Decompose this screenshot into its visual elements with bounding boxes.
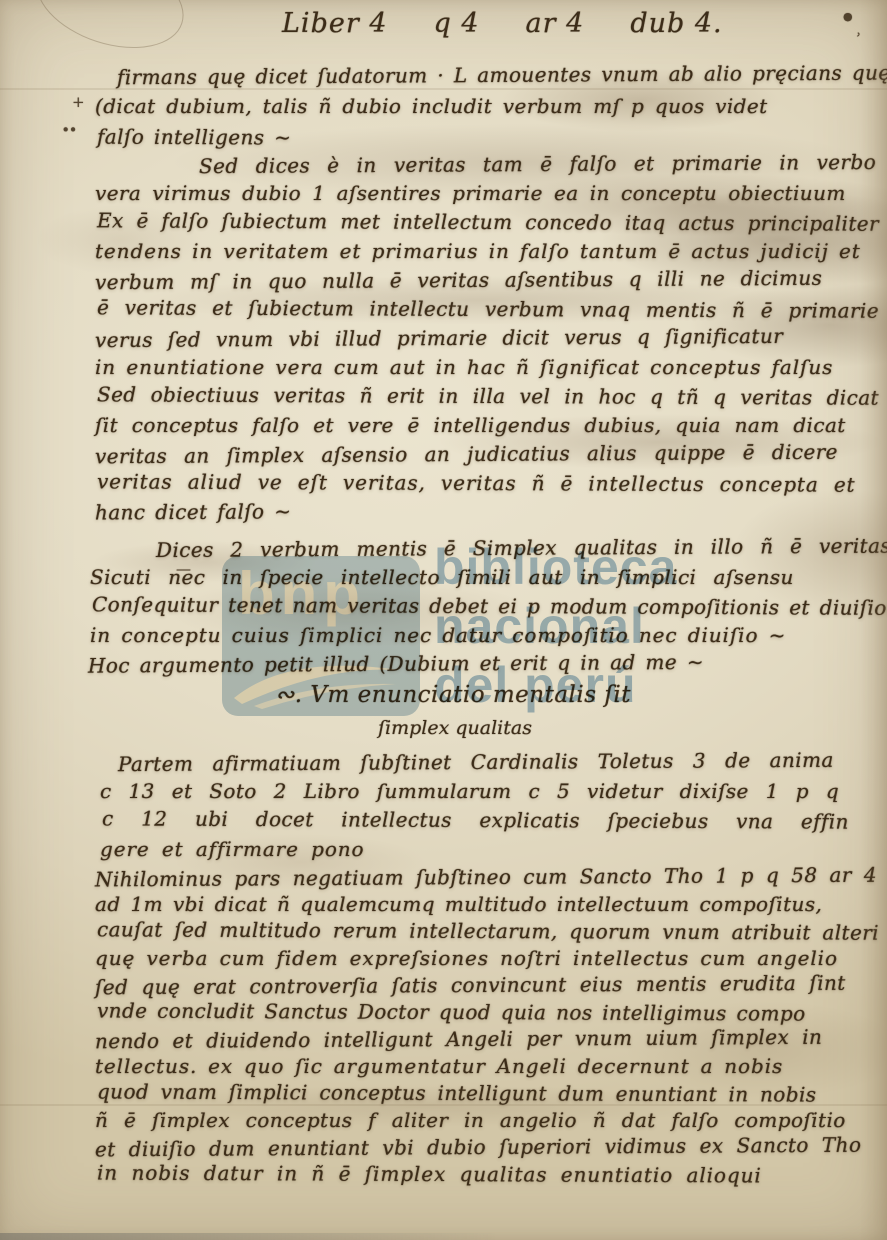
manuscript-line: Sicuti nec in ſpecie intellecto ſimili a… — [90, 563, 794, 592]
manuscript-line: quod vnam ſimplici conceptus intelligunt… — [97, 1078, 817, 1108]
manuscript-line: Ex ē falſo ſubiectum met intellectum con… — [97, 206, 879, 238]
center-heading-line1: ∾. Vm enunciatio mentalis ſit — [238, 682, 668, 708]
manuscript-line: veritas an ſimplex aſsensio an judicatiu… — [95, 438, 838, 472]
paragraph-p2: Sed dices è in veritas tam ē falſo et pr… — [95, 150, 877, 527]
manuscript-line: c 13 et Soto 2 Libro ſummularum c 5 vide… — [100, 777, 839, 806]
manuscript-page: Liber 4q 4ar 4dub 4. firmans quę dicet ſ… — [0, 0, 887, 1240]
manuscript-line: nendo et diuidendo intelligunt Angeli pe… — [95, 1024, 822, 1055]
heading-part: q 4 — [434, 8, 480, 39]
manuscript-line: (dicat dubium, talis ñ dubio includit ve… — [95, 91, 768, 122]
manuscript-line: verus ſed vnum vbi illud primarie dicit … — [95, 322, 783, 355]
manuscript-line: in enuntiatione vera cum aut in hac ñ ſi… — [95, 353, 830, 382]
manuscript-line: Dices 2 verbum mentis ē Simplex qualitas… — [90, 532, 887, 566]
manuscript-line: in nobis datur in ñ ē ſimplex qualitas e… — [97, 1160, 762, 1190]
manuscript-line: et diuiſio dum enuntiant vbi dubio ſuper… — [95, 1132, 862, 1164]
manuscript-line: ñ ē ſimplex conceptus f aliter in angeli… — [95, 1107, 846, 1134]
manuscript-line: in conceptu cuius ſimplici nec datur com… — [90, 621, 716, 650]
paragraph-hoc: Hoc argumento petit illud (Dubium et eri… — [88, 649, 870, 679]
manuscript-line: Conſequitur tenet nam veritas debet ei p… — [92, 590, 874, 622]
paragraph-p5: Nihilominus pars negatiuam ſubſtineo cum… — [95, 864, 877, 1188]
manuscript-line: cauſat ſed multitudo rerum intellectarum… — [97, 916, 879, 946]
manuscript-line: verbum mſ in quo nulla ē veritas aſsenti… — [95, 264, 822, 297]
manuscript-line: hanc dicet falſo ~ — [95, 497, 259, 527]
paragraph-p4: Partem afirmatiuam ſubſtinet Cardinalis … — [100, 748, 878, 864]
ink-mark: ˒ — [856, 26, 861, 44]
manuscript-line: firmans quę dicet ſudatorum · L amouente… — [95, 58, 876, 94]
manuscript-line: veritas aliud ve eſt veritas, veritas ñ … — [97, 467, 856, 499]
manuscript-line: Hoc argumento petit illud (Dubium et eri… — [88, 647, 620, 680]
manuscript-line: c 12 ubi docet intellectus explicatis ſp… — [102, 804, 849, 836]
heading-part: ar 4 — [526, 8, 585, 39]
manuscript-line: gere et affirmare pono — [100, 835, 365, 864]
manuscript-line: vnde concludit Sanctus Doctor quod quia … — [97, 997, 801, 1027]
manuscript-line: falſo intelligens ~ — [97, 122, 269, 154]
manuscript-line: Sed obiectiuus veritas ñ erit in illa ve… — [97, 380, 879, 412]
paragraph-p1: firmans quę dicet ſudatorum · L amouente… — [95, 60, 877, 153]
manuscript-line: ſed quę erat controverſia ſatis convincu… — [95, 970, 846, 1002]
manuscript-line: Partem afirmatiuam ſubſtinet Cardinalis … — [100, 746, 834, 779]
ink-mark: — — [176, 560, 191, 578]
manuscript-line: tendens in veritatem et primarius in fal… — [95, 237, 854, 266]
heading-part: Liber 4 — [282, 8, 388, 39]
ink-mark: ● — [843, 10, 853, 23]
manuscript-line: tellectus. ex quo ſic argumentatur Angel… — [95, 1053, 783, 1080]
heading-part: dub 4. — [630, 8, 722, 39]
paragraph-p3: Dices 2 verbum mentis ē Simplex qualitas… — [90, 534, 872, 650]
handwriting-layer: Liber 4q 4ar 4dub 4. firmans quę dicet ſ… — [0, 0, 887, 1240]
page-heading: Liber 4q 4ar 4dub 4. — [282, 8, 769, 39]
manuscript-line: Sed dices è in veritas tam ē falſo et pr… — [95, 147, 887, 181]
ink-mark: + — [72, 93, 85, 111]
manuscript-line: Nihilominus pars negatiuam ſubſtineo cum… — [95, 862, 877, 894]
manuscript-line: vera virimus dubio 1 aſsentires primarie… — [95, 179, 846, 208]
manuscript-line: quę verba cum fidem expreſsiones noſtri … — [95, 945, 838, 972]
center-heading-line2: ſimplex qualitas — [310, 717, 600, 739]
ink-mark: ∙∙ — [62, 120, 77, 138]
manuscript-line: ē veritas et ſubiectum intellectu verbum… — [97, 293, 879, 325]
manuscript-line: ſit conceptus falſo et vere ē intelligen… — [95, 411, 846, 440]
manuscript-line: ad 1m vbi dicat ñ qualemcumq multitudo i… — [95, 891, 822, 918]
